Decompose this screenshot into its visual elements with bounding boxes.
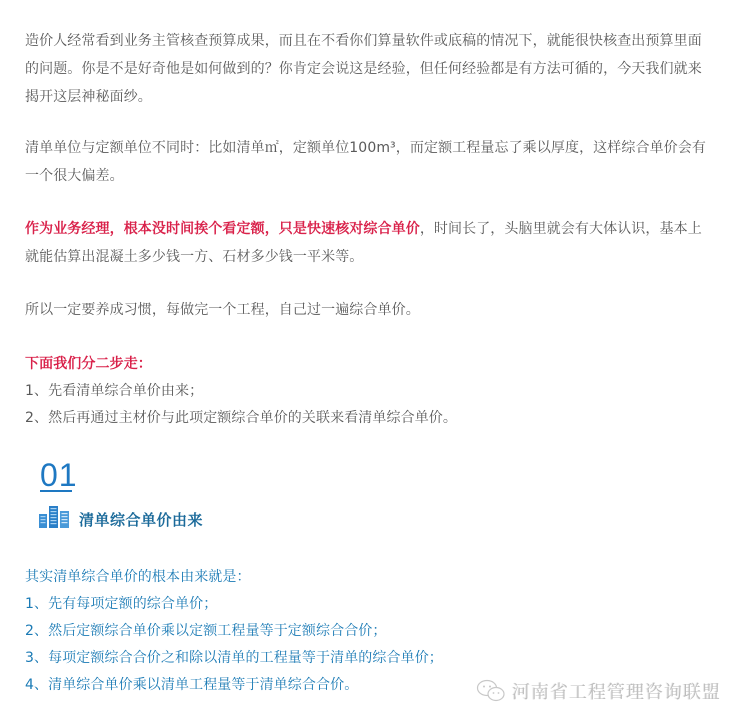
intro-paragraph: 造价人经常看到业务主管核查预算成果，而且在不看你们算量软件或底稿的情况下，就能很… (25, 27, 715, 111)
origin-item-1: 1、先有每项定额的综合单价； (25, 590, 715, 618)
unit-mismatch-paragraph: 清单单位与定额单位不同时：比如清单㎡，定额单位100m³，而定额工程量忘了乘以厚… (25, 134, 715, 190)
habit-paragraph: 所以一定要养成习惯，每做完一个工程，自己过一遍综合单价。 (25, 296, 715, 324)
watermark-text: 河南省工程管理咨询联盟 (512, 678, 721, 704)
section-number-underline (40, 490, 72, 492)
origin-item-2: 2、然后定额综合单价乘以定额工程量等于定额综合合价； (25, 617, 715, 645)
section-number: 01 (40, 457, 78, 493)
step-item-1: 1、先看清单综合单价由来； (25, 377, 715, 405)
watermark: 河南省工程管理咨询联盟 (476, 676, 721, 706)
emphasis-text: 作为业务经理，根本没时间挨个看定额，只是快速核对综合单价 (25, 221, 420, 237)
step-item-2: 2、然后再通过主材价与此项定额综合单价的关联来看清单综合单价。 (25, 404, 715, 432)
origin-intro: 其实清单综合单价的根本由来就是： (25, 563, 715, 591)
buildings-icon (39, 506, 71, 528)
manager-paragraph: 作为业务经理，根本没时间挨个看定额，只是快速核对综合单价，时间长了，头脑里就会有… (25, 215, 715, 271)
origin-item-3: 3、每项定额综合合价之和除以清单的工程量等于清单的综合单价； (25, 644, 715, 672)
wechat-icon (476, 678, 506, 704)
steps-heading: 下面我们分二步走： (25, 350, 715, 378)
section-title: 清单综合单价由来 (79, 508, 203, 532)
